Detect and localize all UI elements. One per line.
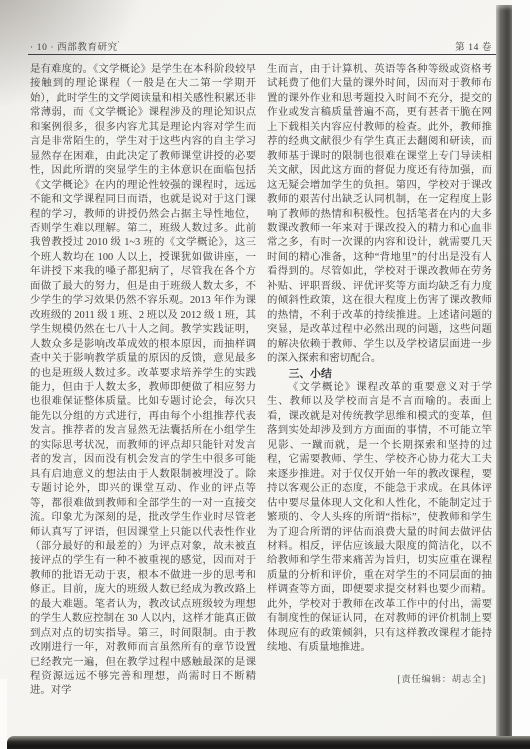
scanner-background-right xyxy=(512,0,530,749)
right-column: 生而言，由于计算机、英语等各种等级或资格考试耗费了他们大量的课外时间，因而对于教… xyxy=(267,63,492,699)
left-column-paragraph: 是有难度的。《文学概论》是学生在本科阶段较早接触到的理论课程（一般是在大二第一学… xyxy=(30,63,256,699)
section-heading: 三、小结 xyxy=(267,367,492,381)
running-head: · 10 · 西部教育研究' 第 14 卷 xyxy=(30,39,492,53)
volume-label: 第 14 卷 xyxy=(455,39,492,53)
scanned-page: · 10 · 西部教育研究' 第 14 卷 是有难度的。《文学概论》是学生在本科… xyxy=(0,0,530,749)
left-column: 是有难度的。《文学概论》是学生在本科阶段较早接触到的理论课程（一般是在大二第一学… xyxy=(30,63,256,699)
page-number-journal-name: · 10 · 西部教育研究 xyxy=(30,43,118,53)
page-edge-shadow-right xyxy=(496,5,512,739)
running-head-left: · 10 · 西部教育研究' xyxy=(30,39,120,53)
editor-note: [责任编辑：胡志全] xyxy=(267,671,486,685)
header-rule xyxy=(28,54,500,55)
paper-sheet: · 10 · 西部教育研究' 第 14 卷 是有难度的。《文学概论》是学生在本科… xyxy=(0,0,512,742)
title-footnote-mark: ' xyxy=(118,40,120,48)
scanner-background-bottom-left xyxy=(0,679,7,749)
page-edge-shadow-bottom xyxy=(7,736,530,749)
text-columns: 是有难度的。《文学概论》是学生在本科阶段较早接触到的理论课程（一般是在大二第一学… xyxy=(30,63,492,699)
summary-paragraph: 《文学概论》课程改革的重要意义对于学生、教师以及学校而言是不言而喻的。表面上看，… xyxy=(267,381,492,656)
right-column-paragraph-continuation: 生而言，由于计算机、英语等各种等级或资格考试耗费了他们大量的课外时间，因而对于教… xyxy=(267,63,492,367)
